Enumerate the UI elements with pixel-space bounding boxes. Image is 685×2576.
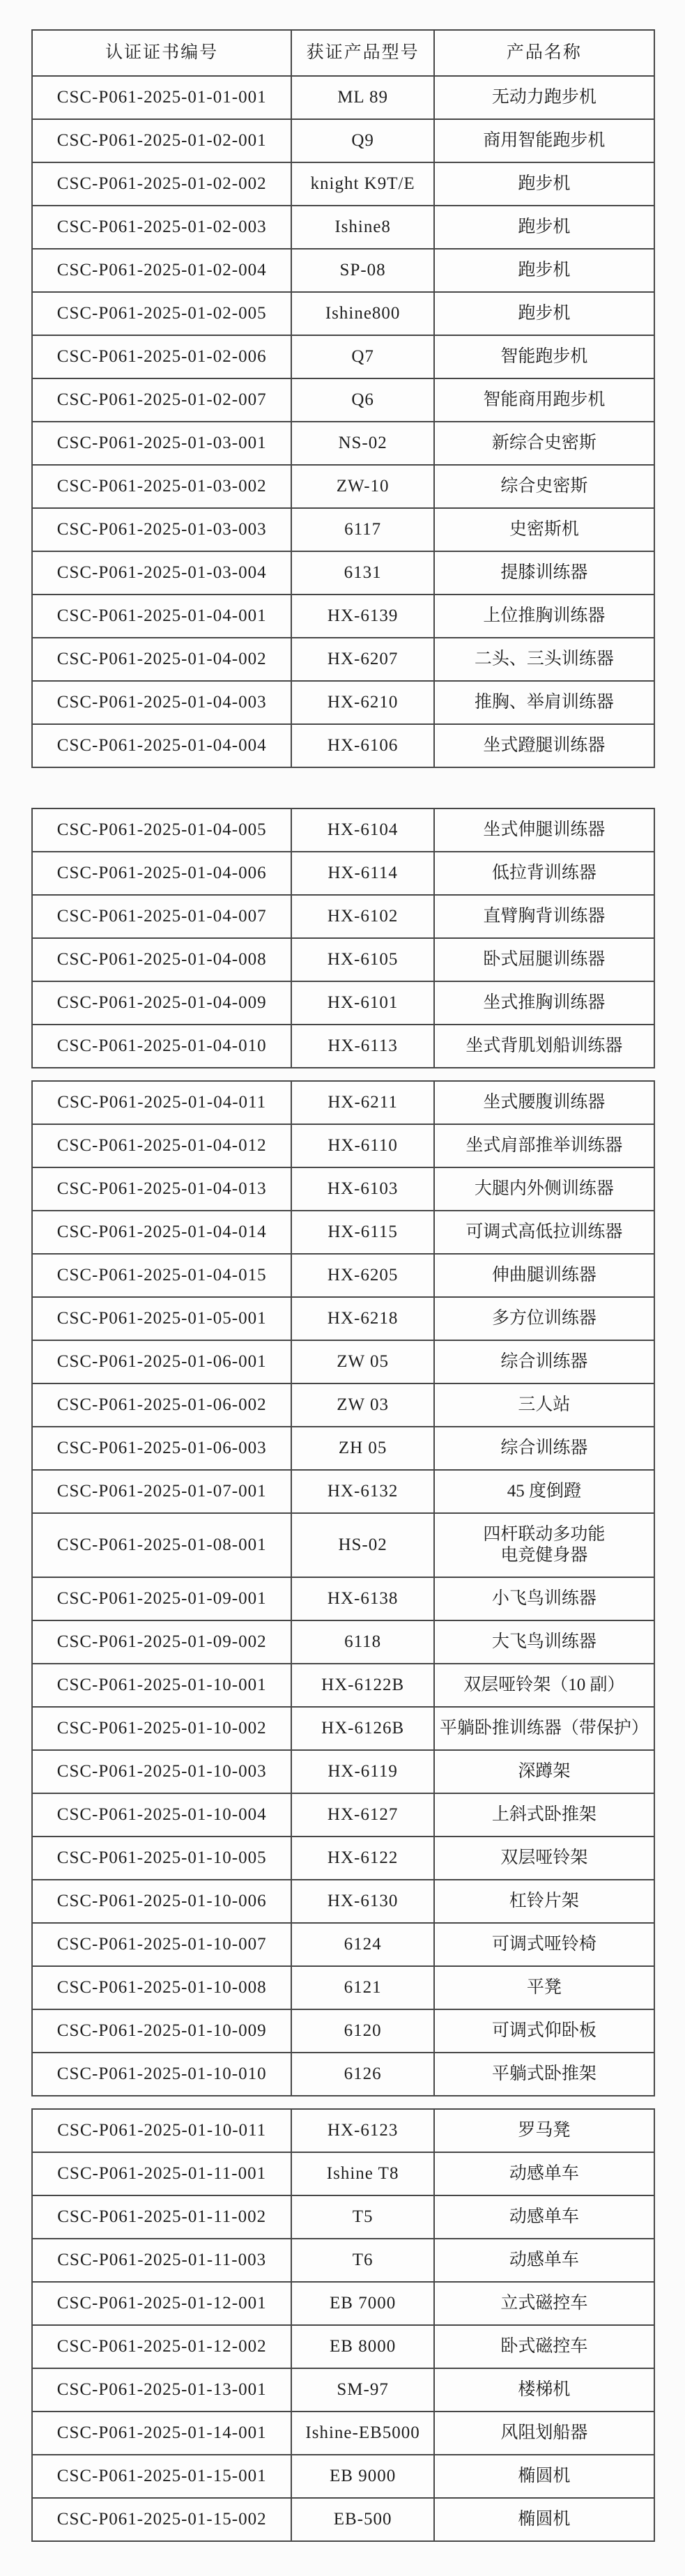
table-row: CSC-P061-2025-01-10-0106126平躺式卧推架 (32, 2053, 654, 2096)
table-row: CSC-P061-2025-01-04-009HX-6101坐式推胸训练器 (32, 981, 654, 1025)
cell-product-model: HX-6127 (291, 1793, 433, 1837)
cell-product-name: 大腿内外侧训练器 (434, 1167, 654, 1211)
cell-product-name: 坐式蹬腿训练器 (434, 724, 654, 767)
cell-product-name: 坐式伸腿训练器 (434, 808, 654, 852)
cell-product-name: 卧式屈腿训练器 (434, 938, 654, 981)
table-row: CSC-P061-2025-01-04-003HX-6210推胸、举肩训练器 (32, 681, 654, 724)
page-break-gap (31, 1068, 655, 1080)
cell-certificate-number: CSC-P061-2025-01-10-008 (32, 1966, 291, 2009)
table-row: CSC-P061-2025-01-01-001ML 89无动力跑步机 (32, 76, 654, 119)
table-row: CSC-P061-2025-01-10-005HX-6122双层哑铃架 (32, 1837, 654, 1880)
cell-product-model: HX-6115 (291, 1211, 433, 1254)
table-row: CSC-P061-2025-01-03-001NS-02新综合史密斯 (32, 422, 654, 465)
cell-product-model: HX-6113 (291, 1025, 433, 1068)
cell-certificate-number: CSC-P061-2025-01-05-001 (32, 1297, 291, 1340)
cell-product-model: HX-6218 (291, 1297, 433, 1340)
cell-certificate-number: CSC-P061-2025-01-04-001 (32, 595, 291, 638)
cell-product-name: 楼梯机 (434, 2368, 654, 2412)
table-row: CSC-P061-2025-01-05-001HX-6218多方位训练器 (32, 1297, 654, 1340)
cell-certificate-number: CSC-P061-2025-01-06-002 (32, 1383, 291, 1427)
cell-certificate-number: CSC-P061-2025-01-10-004 (32, 1793, 291, 1837)
cell-product-name: 三人站 (434, 1383, 654, 1427)
cell-product-model: ML 89 (291, 76, 433, 119)
cell-certificate-number: CSC-P061-2025-01-10-002 (32, 1707, 291, 1750)
cell-product-model: HX-6119 (291, 1750, 433, 1793)
table-row: CSC-P061-2025-01-10-002HX-6126B平躺卧推训练器（带… (32, 1707, 654, 1750)
cell-certificate-number: CSC-P061-2025-01-04-011 (32, 1081, 291, 1124)
table-row: CSC-P061-2025-01-08-001HS-02四杆联动多功能 电竞健身… (32, 1513, 654, 1577)
cell-product-model: 6126 (291, 2053, 433, 2096)
certificate-table-page-1: 认证证书编号 获证产品型号 产品名称 CSC-P061-2025-01-01-0… (31, 29, 655, 768)
cell-product-name: 跑步机 (434, 249, 654, 292)
table-row: CSC-P061-2025-01-04-012HX-6110坐式肩部推举训练器 (32, 1124, 654, 1167)
cell-product-name: 可调式仰卧板 (434, 2009, 654, 2053)
cell-product-model: NS-02 (291, 422, 433, 465)
cell-product-name: 立式磁控车 (434, 2282, 654, 2325)
table-row: CSC-P061-2025-01-11-003T6动感单车 (32, 2239, 654, 2282)
cell-product-name: 平躺式卧推架 (434, 2053, 654, 2096)
cell-certificate-number: CSC-P061-2025-01-11-003 (32, 2239, 291, 2282)
cell-certificate-number: CSC-P061-2025-01-07-001 (32, 1470, 291, 1513)
cell-product-name: 智能商用跑步机 (434, 378, 654, 422)
table-row: CSC-P061-2025-01-02-005Ishine800跑步机 (32, 292, 654, 335)
cell-certificate-number: CSC-P061-2025-01-04-010 (32, 1025, 291, 1068)
cell-product-name: 多方位训练器 (434, 1297, 654, 1340)
cell-product-model: 6124 (291, 1923, 433, 1966)
cell-product-name: 坐式背肌划船训练器 (434, 1025, 654, 1068)
cell-certificate-number: CSC-P061-2025-01-04-006 (32, 852, 291, 895)
cell-product-model: Ishine-EB5000 (291, 2412, 433, 2455)
table-header-row: 认证证书编号 获证产品型号 产品名称 (32, 30, 654, 76)
cell-product-model: Q7 (291, 335, 433, 378)
cell-product-model: EB 8000 (291, 2325, 433, 2368)
table-row: CSC-P061-2025-01-02-001Q9商用智能跑步机 (32, 119, 654, 162)
table-row: CSC-P061-2025-01-04-004HX-6106坐式蹬腿训练器 (32, 724, 654, 767)
header-cell-product-name: 产品名称 (434, 30, 654, 76)
cell-product-model: HX-6106 (291, 724, 433, 767)
cell-product-model: HX-6139 (291, 595, 433, 638)
cell-certificate-number: CSC-P061-2025-01-02-007 (32, 378, 291, 422)
cell-product-name: 双层哑铃架 (434, 1837, 654, 1880)
cell-certificate-number: CSC-P061-2025-01-02-003 (32, 206, 291, 249)
table-row: CSC-P061-2025-01-11-002T5动感单车 (32, 2195, 654, 2239)
cell-certificate-number: CSC-P061-2025-01-01-001 (32, 76, 291, 119)
table-row: CSC-P061-2025-01-02-003Ishine8跑步机 (32, 206, 654, 249)
cell-product-name: 上位推胸训练器 (434, 595, 654, 638)
cell-certificate-number: CSC-P061-2025-01-04-008 (32, 938, 291, 981)
table-row: CSC-P061-2025-01-04-015HX-6205伸曲腿训练器 (32, 1254, 654, 1297)
cell-product-name: 双层哑铃架（10 副） (434, 1664, 654, 1707)
cell-product-model: Ishine800 (291, 292, 433, 335)
table-row: CSC-P061-2025-01-10-001HX-6122B双层哑铃架（10 … (32, 1664, 654, 1707)
cell-product-model: HX-6102 (291, 895, 433, 938)
cell-product-model: HS-02 (291, 1513, 433, 1577)
cell-product-model: HX-6207 (291, 638, 433, 681)
cell-certificate-number: CSC-P061-2025-01-04-015 (32, 1254, 291, 1297)
cell-certificate-number: CSC-P061-2025-01-03-002 (32, 465, 291, 508)
header-cell-product-model: 获证产品型号 (291, 30, 433, 76)
cell-product-model: HX-6205 (291, 1254, 433, 1297)
cell-product-model: Q9 (291, 119, 433, 162)
page-break-gap (31, 2096, 655, 2108)
table-row: CSC-P061-2025-01-10-0086121平凳 (32, 1966, 654, 2009)
cell-certificate-number: CSC-P061-2025-01-04-013 (32, 1167, 291, 1211)
cell-certificate-number: CSC-P061-2025-01-08-001 (32, 1513, 291, 1577)
table-row: CSC-P061-2025-01-06-002ZW 03三人站 (32, 1383, 654, 1427)
table-row: CSC-P061-2025-01-04-014HX-6115可调式高低拉训练器 (32, 1211, 654, 1254)
cell-product-model: EB-500 (291, 2498, 433, 2541)
table-row: CSC-P061-2025-01-10-0076124可调式哑铃椅 (32, 1923, 654, 1966)
table-row: CSC-P061-2025-01-02-007Q6智能商用跑步机 (32, 378, 654, 422)
table-row: CSC-P061-2025-01-02-002knight K9T/E跑步机 (32, 162, 654, 206)
cell-product-model: EB 9000 (291, 2455, 433, 2498)
cell-certificate-number: CSC-P061-2025-01-12-002 (32, 2325, 291, 2368)
cell-certificate-number: CSC-P061-2025-01-02-005 (32, 292, 291, 335)
cell-product-name: 跑步机 (434, 162, 654, 206)
cell-certificate-number: CSC-P061-2025-01-02-004 (32, 249, 291, 292)
cell-product-model: HX-6130 (291, 1880, 433, 1923)
table-row: CSC-P061-2025-01-11-001Ishine T8动感单车 (32, 2152, 654, 2195)
cell-product-model: T5 (291, 2195, 433, 2239)
cell-product-model: HX-6211 (291, 1081, 433, 1124)
certificate-table-page-4: CSC-P061-2025-01-10-011HX-6123罗马凳CSC-P06… (31, 2108, 655, 2542)
cell-product-model: Ishine T8 (291, 2152, 433, 2195)
cell-product-model: 6121 (291, 1966, 433, 2009)
table-row: CSC-P061-2025-01-03-002ZW-10综合史密斯 (32, 465, 654, 508)
cell-product-name: 杠铃片架 (434, 1880, 654, 1923)
cell-product-name: 小飞鸟训练器 (434, 1577, 654, 1620)
cell-product-name: 坐式腰腹训练器 (434, 1081, 654, 1124)
cell-product-model: EB 7000 (291, 2282, 433, 2325)
cell-product-model: HX-6110 (291, 1124, 433, 1167)
cell-product-model: HX-6122 (291, 1837, 433, 1880)
cell-certificate-number: CSC-P061-2025-01-11-002 (32, 2195, 291, 2239)
cell-product-name: 坐式肩部推举训练器 (434, 1124, 654, 1167)
cell-certificate-number: CSC-P061-2025-01-10-006 (32, 1880, 291, 1923)
cell-product-name: 可调式高低拉训练器 (434, 1211, 654, 1254)
table-row: CSC-P061-2025-01-04-001HX-6139上位推胸训练器 (32, 595, 654, 638)
table-row: CSC-P061-2025-01-12-001EB 7000立式磁控车 (32, 2282, 654, 2325)
cell-product-name: 提膝训练器 (434, 551, 654, 595)
cell-certificate-number: CSC-P061-2025-01-04-014 (32, 1211, 291, 1254)
cell-product-model: T6 (291, 2239, 433, 2282)
cell-product-name: 推胸、举肩训练器 (434, 681, 654, 724)
cell-certificate-number: CSC-P061-2025-01-02-002 (32, 162, 291, 206)
table-row: CSC-P061-2025-01-04-005HX-6104坐式伸腿训练器 (32, 808, 654, 852)
table-row: CSC-P061-2025-01-03-0036117史密斯机 (32, 508, 654, 551)
cell-product-model: HX-6210 (291, 681, 433, 724)
cell-certificate-number: CSC-P061-2025-01-10-007 (32, 1923, 291, 1966)
cell-product-name: 跑步机 (434, 292, 654, 335)
cell-product-model: ZH 05 (291, 1427, 433, 1470)
cell-certificate-number: CSC-P061-2025-01-04-007 (32, 895, 291, 938)
cell-product-name: 坐式推胸训练器 (434, 981, 654, 1025)
table-row: CSC-P061-2025-01-03-0046131提膝训练器 (32, 551, 654, 595)
cell-product-name: 综合训练器 (434, 1340, 654, 1383)
cell-product-name: 二头、三头训练器 (434, 638, 654, 681)
table-row: CSC-P061-2025-01-04-006HX-6114低拉背训练器 (32, 852, 654, 895)
cell-product-model: 6131 (291, 551, 433, 595)
cell-certificate-number: CSC-P061-2025-01-09-001 (32, 1577, 291, 1620)
cell-certificate-number: CSC-P061-2025-01-04-012 (32, 1124, 291, 1167)
cell-product-name: 风阻划船器 (434, 2412, 654, 2455)
cell-product-model: HX-6105 (291, 938, 433, 981)
cell-product-model: HX-6103 (291, 1167, 433, 1211)
cell-product-model: knight K9T/E (291, 162, 433, 206)
cell-product-name: 新综合史密斯 (434, 422, 654, 465)
cell-product-name: 平凳 (434, 1966, 654, 2009)
cell-product-model: HX-6138 (291, 1577, 433, 1620)
table-row: CSC-P061-2025-01-04-010HX-6113坐式背肌划船训练器 (32, 1025, 654, 1068)
cell-product-name: 无动力跑步机 (434, 76, 654, 119)
cell-product-model: SM-97 (291, 2368, 433, 2412)
cell-product-name: 综合史密斯 (434, 465, 654, 508)
cell-product-name: 智能跑步机 (434, 335, 654, 378)
cell-certificate-number: CSC-P061-2025-01-12-001 (32, 2282, 291, 2325)
cell-certificate-number: CSC-P061-2025-01-10-010 (32, 2053, 291, 2096)
cell-product-name: 上斜式卧推架 (434, 1793, 654, 1837)
cell-product-name: 综合训练器 (434, 1427, 654, 1470)
cell-product-model: HX-6104 (291, 808, 433, 852)
table-row: CSC-P061-2025-01-02-004SP-08跑步机 (32, 249, 654, 292)
cell-product-name: 平躺卧推训练器（带保护） (434, 1707, 654, 1750)
cell-certificate-number: CSC-P061-2025-01-10-005 (32, 1837, 291, 1880)
cell-product-name: 低拉背训练器 (434, 852, 654, 895)
cell-certificate-number: CSC-P061-2025-01-10-001 (32, 1664, 291, 1707)
table-row: CSC-P061-2025-01-10-006HX-6130杠铃片架 (32, 1880, 654, 1923)
cell-product-name: 45 度倒蹬 (434, 1470, 654, 1513)
table-row: CSC-P061-2025-01-10-0096120可调式仰卧板 (32, 2009, 654, 2053)
table-row: CSC-P061-2025-01-04-011HX-6211坐式腰腹训练器 (32, 1081, 654, 1124)
cell-certificate-number: CSC-P061-2025-01-02-006 (32, 335, 291, 378)
cell-product-name: 深蹲架 (434, 1750, 654, 1793)
table-row: CSC-P061-2025-01-10-011HX-6123罗马凳 (32, 2109, 654, 2152)
table-row: CSC-P061-2025-01-13-001SM-97楼梯机 (32, 2368, 654, 2412)
cell-product-name: 跑步机 (434, 206, 654, 249)
cell-product-model: HX-6123 (291, 2109, 433, 2152)
cell-certificate-number: CSC-P061-2025-01-03-003 (32, 508, 291, 551)
cell-certificate-number: CSC-P061-2025-01-11-001 (32, 2152, 291, 2195)
cell-certificate-number: CSC-P061-2025-01-03-004 (32, 551, 291, 595)
cell-product-name: 动感单车 (434, 2195, 654, 2239)
certificate-table-page-3: CSC-P061-2025-01-04-011HX-6211坐式腰腹训练器CSC… (31, 1080, 655, 2096)
cell-certificate-number: CSC-P061-2025-01-09-002 (32, 1620, 291, 1664)
table-row: CSC-P061-2025-01-15-001EB 9000椭圆机 (32, 2455, 654, 2498)
cell-product-name: 大飞鸟训练器 (434, 1620, 654, 1664)
cell-certificate-number: CSC-P061-2025-01-04-002 (32, 638, 291, 681)
table-row: CSC-P061-2025-01-02-006Q7智能跑步机 (32, 335, 654, 378)
table-row: CSC-P061-2025-01-04-002HX-6207二头、三头训练器 (32, 638, 654, 681)
cell-certificate-number: CSC-P061-2025-01-04-004 (32, 724, 291, 767)
cell-product-name: 动感单车 (434, 2152, 654, 2195)
table-row: CSC-P061-2025-01-04-008HX-6105卧式屈腿训练器 (32, 938, 654, 981)
cell-certificate-number: CSC-P061-2025-01-10-003 (32, 1750, 291, 1793)
table-row: CSC-P061-2025-01-10-004HX-6127上斜式卧推架 (32, 1793, 654, 1837)
document-page: 认证证书编号 获证产品型号 产品名称 CSC-P061-2025-01-01-0… (0, 0, 685, 2563)
cell-product-model: ZW 05 (291, 1340, 433, 1383)
cell-product-name: 椭圆机 (434, 2498, 654, 2541)
cell-product-model: Q6 (291, 378, 433, 422)
cell-certificate-number: CSC-P061-2025-01-10-009 (32, 2009, 291, 2053)
certificate-table-page-2: CSC-P061-2025-01-04-005HX-6104坐式伸腿训练器CSC… (31, 808, 655, 1068)
table-row: CSC-P061-2025-01-14-001Ishine-EB5000风阻划船… (32, 2412, 654, 2455)
table-row: CSC-P061-2025-01-06-003ZH 05综合训练器 (32, 1427, 654, 1470)
cell-product-model: ZW-10 (291, 465, 433, 508)
cell-product-name: 椭圆机 (434, 2455, 654, 2498)
cell-certificate-number: CSC-P061-2025-01-15-001 (32, 2455, 291, 2498)
page-break-gap (31, 768, 655, 808)
cell-product-model: SP-08 (291, 249, 433, 292)
cell-product-name: 伸曲腿训练器 (434, 1254, 654, 1297)
table-row: CSC-P061-2025-01-06-001ZW 05综合训练器 (32, 1340, 654, 1383)
table-row: CSC-P061-2025-01-07-001HX-613245 度倒蹬 (32, 1470, 654, 1513)
cell-product-model: HX-6122B (291, 1664, 433, 1707)
cell-certificate-number: CSC-P061-2025-01-04-009 (32, 981, 291, 1025)
cell-product-name: 直臂胸背训练器 (434, 895, 654, 938)
cell-product-model: 6120 (291, 2009, 433, 2053)
cell-product-model: 6117 (291, 508, 433, 551)
cell-certificate-number: CSC-P061-2025-01-13-001 (32, 2368, 291, 2412)
cell-certificate-number: CSC-P061-2025-01-03-001 (32, 422, 291, 465)
cell-certificate-number: CSC-P061-2025-01-10-011 (32, 2109, 291, 2152)
cell-product-model: 6118 (291, 1620, 433, 1664)
table-row: CSC-P061-2025-01-15-002EB-500椭圆机 (32, 2498, 654, 2541)
cell-certificate-number: CSC-P061-2025-01-15-002 (32, 2498, 291, 2541)
cell-product-model: HX-6101 (291, 981, 433, 1025)
cell-product-model: HX-6114 (291, 852, 433, 895)
cell-certificate-number: CSC-P061-2025-01-02-001 (32, 119, 291, 162)
cell-certificate-number: CSC-P061-2025-01-04-003 (32, 681, 291, 724)
cell-certificate-number: CSC-P061-2025-01-14-001 (32, 2412, 291, 2455)
cell-product-model: HX-6126B (291, 1707, 433, 1750)
table-row: CSC-P061-2025-01-04-013HX-6103大腿内外侧训练器 (32, 1167, 654, 1211)
table-row: CSC-P061-2025-01-09-0026118大飞鸟训练器 (32, 1620, 654, 1664)
cell-product-name: 史密斯机 (434, 508, 654, 551)
cell-product-name: 卧式磁控车 (434, 2325, 654, 2368)
cell-product-name: 四杆联动多功能 电竞健身器 (434, 1513, 654, 1577)
cell-certificate-number: CSC-P061-2025-01-04-005 (32, 808, 291, 852)
cell-product-name: 可调式哑铃椅 (434, 1923, 654, 1966)
table-row: CSC-P061-2025-01-04-007HX-6102直臂胸背训练器 (32, 895, 654, 938)
table-row: CSC-P061-2025-01-12-002EB 8000卧式磁控车 (32, 2325, 654, 2368)
cell-product-model: HX-6132 (291, 1470, 433, 1513)
cell-product-model: Ishine8 (291, 206, 433, 249)
cell-product-model: ZW 03 (291, 1383, 433, 1427)
cell-product-name: 罗马凳 (434, 2109, 654, 2152)
cell-product-name: 商用智能跑步机 (434, 119, 654, 162)
cell-product-name: 动感单车 (434, 2239, 654, 2282)
table-row: CSC-P061-2025-01-10-003HX-6119深蹲架 (32, 1750, 654, 1793)
cell-certificate-number: CSC-P061-2025-01-06-001 (32, 1340, 291, 1383)
cell-certificate-number: CSC-P061-2025-01-06-003 (32, 1427, 291, 1470)
table-row: CSC-P061-2025-01-09-001HX-6138小飞鸟训练器 (32, 1577, 654, 1620)
header-cell-certificate-number: 认证证书编号 (32, 30, 291, 76)
